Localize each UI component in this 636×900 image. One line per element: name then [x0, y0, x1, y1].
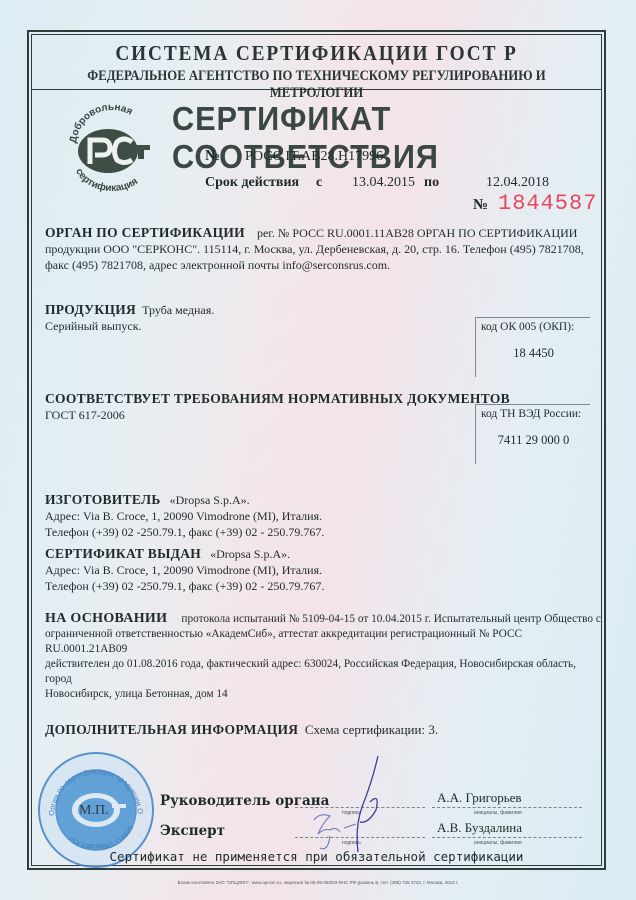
- expert-label: Эксперт: [160, 823, 225, 839]
- product-heading: ПРОДУКЦИЯ: [45, 302, 136, 317]
- standards-heading: СООТВЕТСТВУЕТ ТРЕБОВАНИЯМ НОРМАТИВНЫХ ДО…: [45, 391, 510, 407]
- certificate-number: РОСС IT.АВ28.Н17996: [245, 149, 383, 165]
- expert-name: А.В. Буздалина: [437, 820, 522, 836]
- issued-to-name: «Dropsa S.p.A».: [210, 547, 290, 561]
- basis-line1: протокола испытаний № 5109-04-15 от 10.0…: [181, 613, 600, 625]
- certification-body-line1: рег. № РОСС RU.0001.11АВ28 ОРГАН ПО СЕРТ…: [257, 226, 577, 240]
- manufacturer-section: ИЗГОТОВИТЕЛЬ «Dropsa S.p.A». Адрес: Via …: [45, 492, 324, 540]
- issued-to-phone: Телефон (+39) 02 -250.79.1, факс (+39) 0…: [45, 578, 324, 594]
- basis-heading: НА ОСНОВАНИИ: [45, 611, 167, 626]
- footer-note: Сертификат не применяется при обязательн…: [31, 849, 602, 864]
- validity-label: Срок действия: [205, 175, 299, 191]
- manufacturer-phone: Телефон (+39) 02 -250.79.1, факс (+39) 0…: [45, 524, 324, 540]
- print-info: Бланк изготовлен ЗАО "ОПЦИОН", www.opcio…: [0, 880, 636, 885]
- basis-line2: ограниченной ответственностью «АкадемСиб…: [45, 627, 605, 657]
- blank-number-label: №: [473, 197, 488, 214]
- basis-line3: действителен до 01.08.2016 года, фактиче…: [45, 657, 605, 687]
- okp-code: 18 4450: [476, 346, 591, 361]
- head-name: А.А. Григорьев: [437, 790, 522, 806]
- rst-logo: Добровольная сертификация: [62, 104, 162, 192]
- additional-info-heading: ДОПОЛНИТЕЛЬНАЯ ИНФОРМАЦИЯ: [45, 722, 298, 737]
- product-section: ПРОДУКЦИЯ Труба медная. Серийный выпуск.: [45, 302, 214, 334]
- blank-number: 1844587: [498, 191, 597, 216]
- basis-line4: Новосибирск, улица Бетонная, дом 14: [45, 687, 605, 702]
- valid-from-date: 13.04.2015: [352, 175, 415, 191]
- handwritten-signatures: [300, 752, 420, 862]
- signature-icon: [300, 752, 420, 862]
- issued-to-heading: СЕРТИФИКАТ ВЫДАН: [45, 546, 201, 561]
- certification-body-line2: продукции ООО "СЕРКОНС". 115114, г. Моск…: [45, 241, 605, 257]
- okp-code-box: код ОК 005 (ОКП): 18 4450: [475, 317, 590, 377]
- valid-to-date: 12.04.2018: [486, 175, 549, 191]
- issued-to-address: Адрес: Via B. Croce, 1, 20090 Vimodrone …: [45, 562, 324, 578]
- tnved-code: 7411 29 000 0: [476, 433, 591, 448]
- expert-name-line: [432, 837, 582, 838]
- expert-name-caption: инициалы, фамилия: [474, 840, 522, 846]
- seal-place-label: М.П.: [79, 803, 109, 819]
- basis-section: НА ОСНОВАНИИ протокола испытаний № 5109-…: [45, 611, 605, 702]
- system-title: СИСТЕМА СЕРТИФИКАЦИИ ГОСТ Р: [54, 41, 579, 66]
- number-label: №: [205, 148, 220, 165]
- tnved-label: код ТН ВЭД России:: [481, 408, 581, 420]
- head-name-line: [432, 807, 582, 808]
- manufacturer-address: Адрес: Via B. Croce, 1, 20090 Vimodrone …: [45, 508, 324, 524]
- additional-info-section: ДОПОЛНИТЕЛЬНАЯ ИНФОРМАЦИЯ Схема сертифик…: [45, 722, 438, 738]
- product-name: Труба медная.: [142, 303, 214, 317]
- tnved-code-box: код ТН ВЭД России: 7411 29 000 0: [475, 404, 590, 464]
- head-name-caption: инициалы, фамилия: [474, 810, 522, 816]
- certification-body-heading: ОРГАН ПО СЕРТИФИКАЦИИ: [45, 225, 245, 240]
- certification-body-section: ОРГАН ПО СЕРТИФИКАЦИИ рег. № РОСС RU.000…: [45, 225, 605, 273]
- issued-to-section: СЕРТИФИКАТ ВЫДАН «Dropsa S.p.A». Адрес: …: [45, 546, 324, 594]
- valid-to-label: по: [424, 175, 439, 191]
- certificate-title: СЕРТИФИКАТ СООТВЕТСТВИЯ: [172, 100, 604, 176]
- certification-body-line3: факс (495) 7821708, адрес электронной по…: [45, 257, 605, 273]
- agency-name: ФЕДЕРАЛЬНОЕ АГЕНТСТВО ПО ТЕХНИЧЕСКОМУ РЕ…: [65, 68, 567, 102]
- additional-info-text: Схема сертификации: 3.: [305, 722, 438, 737]
- manufacturer-heading: ИЗГОТОВИТЕЛЬ: [45, 492, 161, 507]
- rst-logo-icon: Добровольная сертификация: [62, 104, 162, 192]
- standards-section: СООТВЕТСТВУЕТ ТРЕБОВАНИЯМ НОРМАТИВНЫХ ДО…: [45, 391, 510, 423]
- okp-label: код ОК 005 (ОКП):: [481, 321, 574, 333]
- manufacturer-name: «Dropsa S.p.A».: [170, 493, 250, 507]
- standards-document: ГОСТ 617-2006: [45, 407, 510, 423]
- valid-from-label: с: [316, 175, 322, 191]
- product-line2: Серийный выпуск.: [45, 318, 214, 334]
